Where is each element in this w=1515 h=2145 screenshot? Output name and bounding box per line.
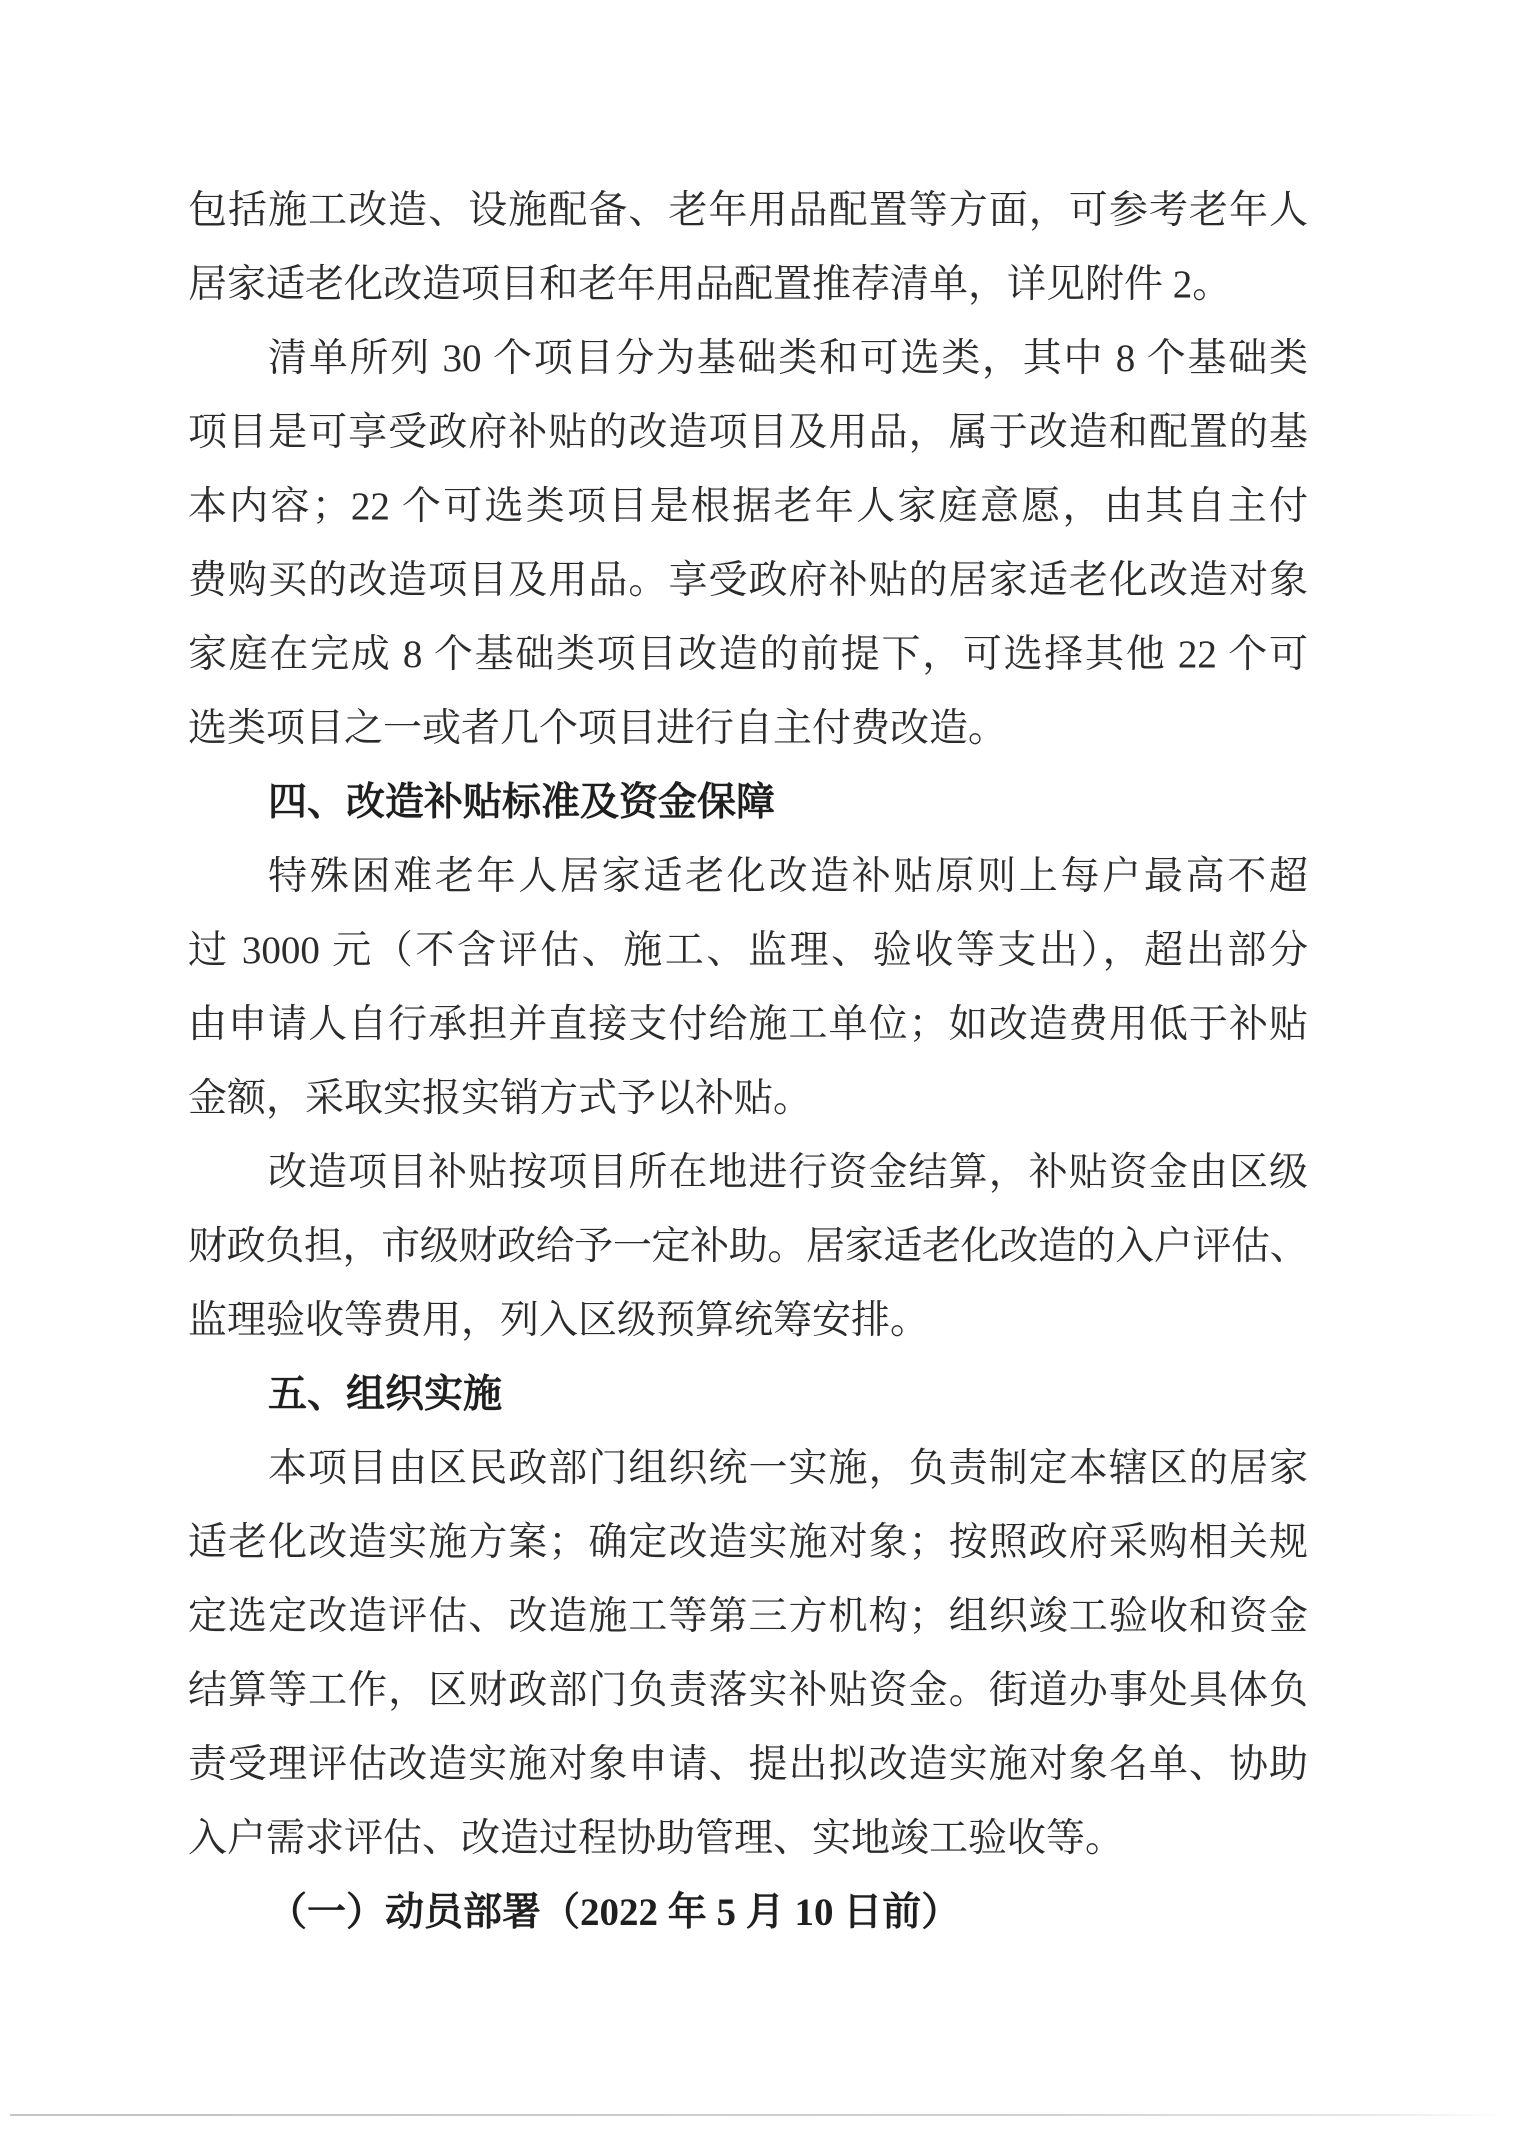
text-line: 由申请人自行承担并直接支付给施工单位；如改造费用低于补贴 [188,988,1308,1062]
text-line: 居家适老化改造项目和老年用品配置推荐清单，详见附件 2。 [188,248,1308,322]
scan-edge-artifact [10,2114,1505,2116]
text-line: 项目是可享受政府补贴的改造项目及用品，属于改造和配置的基 [188,396,1308,470]
text-line: 定选定改造评估、改造施工等第三方机构；组织竣工验收和资金 [188,1580,1308,1654]
text-line: 改造项目补贴按项目所在地进行资金结算，补贴资金由区级 [188,1136,1308,1210]
text-line: 财政负担，市级财政给予一定补助。居家适老化改造的入户评估、 [188,1210,1308,1284]
text-line: 入户需求评估、改造过程协助管理、实地竣工验收等。 [188,1802,1308,1876]
section-5-heading: 五、组织实施 [188,1358,1308,1432]
document-page: 包括施工改造、设施配备、老年用品配置等方面，可参考老年人 居家适老化改造项目和老… [0,0,1515,2145]
text-line: 家庭在完成 8 个基础类项目改造的前提下，可选择其他 22 个可 [188,618,1308,692]
text-line: 结算等工作，区财政部门负责落实补贴资金。街道办事处具体负 [188,1654,1308,1728]
text-line: 费购买的改造项目及用品。享受政府补贴的居家适老化改造对象 [188,544,1308,618]
text-line: 本内容；22 个可选类项目是根据老年人家庭意愿，由其自主付 [188,470,1308,544]
text-line: 包括施工改造、设施配备、老年用品配置等方面，可参考老年人 [188,174,1308,248]
text-line: 金额，采取实报实销方式予以补贴。 [188,1062,1308,1136]
text-line: 适老化改造实施方案；确定改造实施对象；按照政府采购相关规 [188,1506,1308,1580]
text-line: 清单所列 30 个项目分为基础类和可选类，其中 8 个基础类 [188,322,1308,396]
document-body: 包括施工改造、设施配备、老年用品配置等方面，可参考老年人 居家适老化改造项目和老… [188,174,1308,1950]
text-line: 选类项目之一或者几个项目进行自主付费改造。 [188,692,1308,766]
text-line: 责受理评估改造实施对象申请、提出拟改造实施对象名单、协助 [188,1728,1308,1802]
text-line: 特殊困难老年人居家适老化改造补贴原则上每户最高不超 [188,840,1308,914]
text-line: 本项目由区民政部门组织统一实施，负责制定本辖区的居家 [188,1432,1308,1506]
text-line: 过 3000 元（不含评估、施工、监理、验收等支出），超出部分 [188,914,1308,988]
section-4-heading: 四、改造补贴标准及资金保障 [188,766,1308,840]
text-line: 监理验收等费用，列入区级预算统筹安排。 [188,1284,1308,1358]
subsection-1-heading: （一）动员部署（2022 年 5 月 10 日前） [188,1876,1308,1950]
